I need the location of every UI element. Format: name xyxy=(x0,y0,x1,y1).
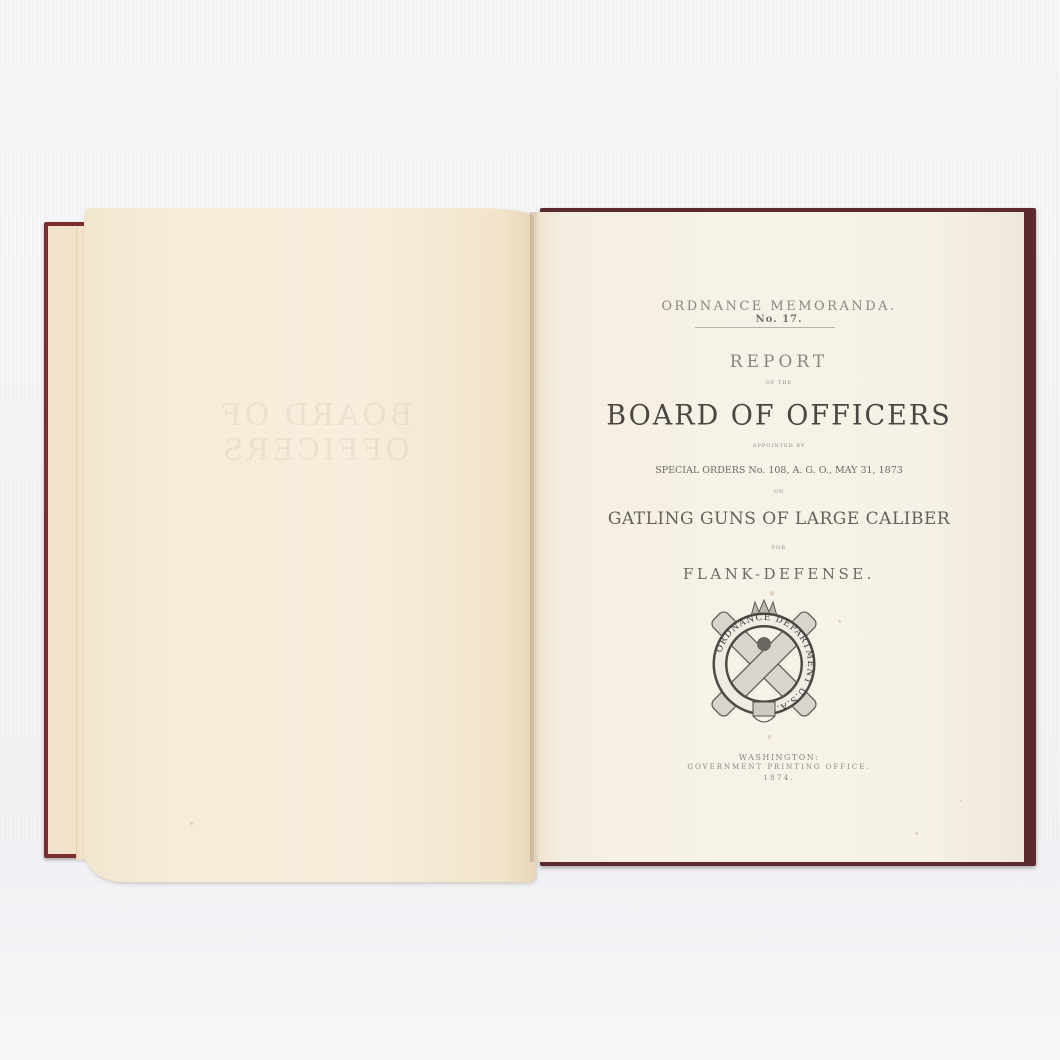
foxing-spot xyxy=(838,620,841,623)
title-rule xyxy=(695,327,835,328)
subject-heading: GATLING GUNS OF LARGE CALIBER xyxy=(534,509,1024,529)
foxing-spot xyxy=(768,735,771,739)
special-orders-text: SPECIAL ORDERS No. 108, A. G. O., MAY 31… xyxy=(534,465,1024,476)
foxing-spot xyxy=(915,832,918,835)
series-number: No. 17. xyxy=(534,314,1024,325)
ordnance-department-emblem-icon: ORDNANCE DEPARTMENT U.S.A. xyxy=(703,598,825,730)
series-title: ORDNANCE MEMORANDA. xyxy=(534,299,1024,314)
topic-heading: FLANK-DEFENSE. xyxy=(534,565,1024,583)
imprint-city: WASHINGTON: xyxy=(534,753,1024,762)
appointed-by-text: APPOINTED BY xyxy=(534,443,1024,449)
show-through-text: BOARD OF OFFICERS xyxy=(150,398,480,468)
imprint-year: 1874. xyxy=(534,773,1024,782)
for-text: FOR xyxy=(534,545,1024,551)
on-text: ON xyxy=(534,489,1024,495)
report-heading: REPORT xyxy=(534,352,1024,372)
foxing-spot xyxy=(190,822,193,825)
left-blank-page xyxy=(84,208,536,882)
imprint-office: GOVERNMENT PRINTING OFFICE. xyxy=(534,763,1024,771)
foxing-spot xyxy=(770,591,774,596)
foxing-spot xyxy=(960,800,962,802)
of-the-text: OF THE xyxy=(534,380,1024,386)
board-heading: BOARD OF OFFICERS xyxy=(534,399,1024,432)
